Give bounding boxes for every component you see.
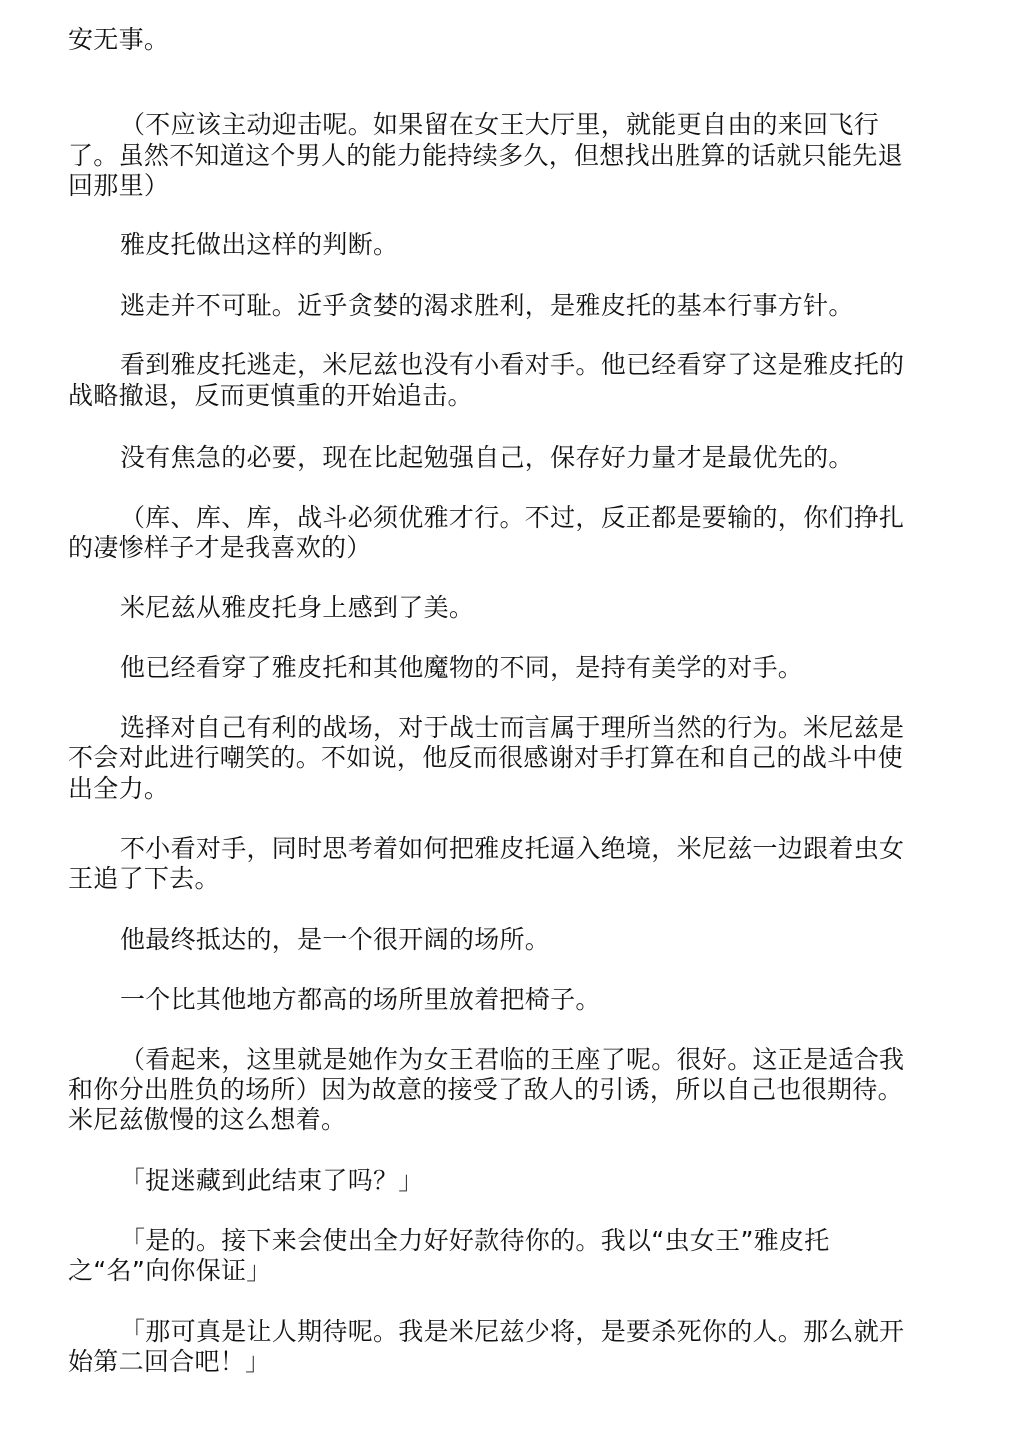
text-line: （库、库、库，战斗必须优雅才行。不过，反正都是要输的，你们挣扎: [120, 502, 904, 534]
text-line: 没有焦急的必要，现在比起勉强自己，保存好力量才是最优先的。: [120, 442, 854, 474]
text-line: 安无事。: [68, 24, 169, 56]
text-line: 逃走并不可耻。近乎贪婪的渴求胜利，是雅皮托的基本行事方针。: [120, 290, 854, 322]
text-line: 出全力。: [68, 773, 169, 805]
text-line: 「捉迷藏到此结束了吗？」: [120, 1165, 424, 1197]
text-line: 之“名”向你保证」: [68, 1255, 272, 1287]
text-line: 雅皮托做出这样的判断。: [120, 229, 398, 261]
text-line: 了。虽然不知道这个男人的能力能持续多久，但想找出胜算的话就只能先退: [68, 140, 903, 172]
text-line: 不小看对手，同时思考着如何把雅皮托逼入绝境，米尼兹一边跟着虫女: [120, 833, 904, 865]
text-line: 不会对此进行嘲笑的。不如说，他反而很感谢对手打算在和自己的战斗中使: [68, 742, 903, 774]
text-line: 米尼兹傲慢的这么想着。: [68, 1104, 346, 1136]
text-line: 战略撤退，反而更慎重的开始追击。: [68, 380, 473, 412]
text-line: 「那可真是让人期待呢。我是米尼兹少将，是要杀死你的人。那么就开: [120, 1316, 904, 1348]
text-line: （看起来，这里就是她作为女王君临的王座了呢。很好。这正是适合我: [120, 1044, 904, 1076]
text-line: 的凄惨样子才是我喜欢的）: [68, 532, 372, 564]
text-line: 「是的。接下来会使出全力好好款待你的。我以“虫女王”雅皮托: [120, 1225, 830, 1257]
text-line: 米尼兹从雅皮托身上感到了美。: [120, 592, 474, 624]
text-line: 他最终抵达的，是一个很开阔的场所。: [120, 924, 550, 956]
text-line: 始第二回合吧！」: [68, 1346, 270, 1378]
text-line: 一个比其他地方都高的场所里放着把椅子。: [120, 984, 601, 1016]
text-line: 选择对自己有利的战场，对于战士而言属于理所当然的行为。米尼兹是: [120, 712, 904, 744]
text-line: （不应该主动迎击呢。如果留在女王大厅里，就能更自由的来回飞行: [120, 109, 879, 141]
text-line: 回那里）: [68, 170, 169, 202]
document-page: 安无事。（不应该主动迎击呢。如果留在女王大厅里，就能更自由的来回飞行了。虽然不知…: [0, 0, 1017, 1437]
text-line: 看到雅皮托逃走，米尼兹也没有小看对手。他已经看穿了这是雅皮托的: [120, 349, 904, 381]
text-line: 王追了下去。: [68, 863, 220, 895]
text-line: 和你分出胜负的场所）因为故意的接受了敌人的引诱，所以自己也很期待。: [68, 1074, 903, 1106]
text-line: 他已经看穿了雅皮托和其他魔物的不同，是持有美学的对手。: [120, 652, 803, 684]
